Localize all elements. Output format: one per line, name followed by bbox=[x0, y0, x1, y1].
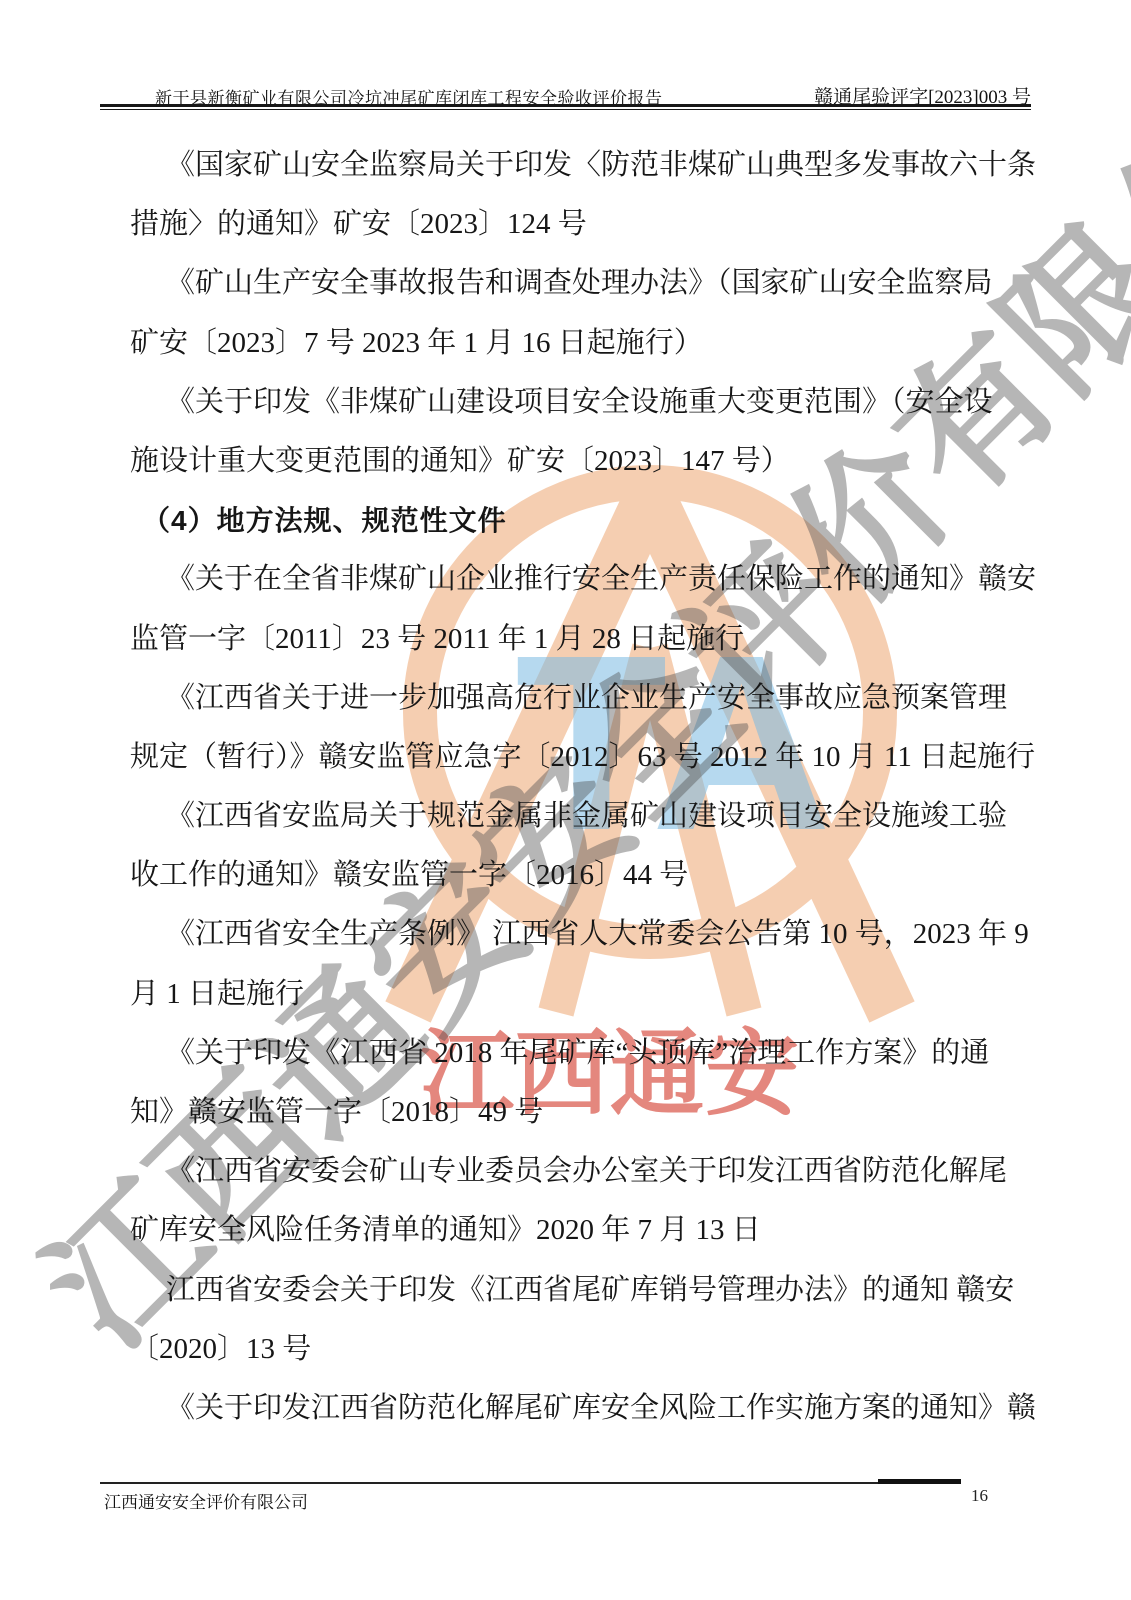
header-rule-thin bbox=[100, 109, 1031, 110]
body-line: 月 1 日起施行 bbox=[130, 965, 1055, 1024]
document-page: TA 江西通安 江西通安安全评价有限公司 新干县新衡矿业有限公司冷坑冲尾矿库闭库… bbox=[0, 0, 1131, 1600]
body-line: 《国家矿山安全监察局关于印发〈防范非煤矿山典型多发事故六十条 bbox=[130, 136, 1055, 195]
body-line: 《矿山生产安全事故报告和调查处理办法》（国家矿山安全监察局 bbox=[130, 254, 1055, 313]
body-line: 施设计重大变更范围的通知》矿安〔2023〕147 号） bbox=[130, 432, 1055, 491]
body-line: 《关于印发江西省防范化解尾矿库安全风险工作实施方案的通知》赣 bbox=[130, 1379, 1055, 1438]
footer-rule bbox=[100, 1482, 960, 1484]
section-heading: （4）地方法规、规范性文件 bbox=[130, 491, 1055, 550]
body-line: 措施〉的通知》矿安〔2023〕124 号 bbox=[130, 195, 1055, 254]
body-line: 矿库安全风险任务清单的通知》2020 年 7 月 13 日 bbox=[130, 1201, 1055, 1260]
body-line: 《关于印发《江西省 2018 年尾矿库“头顶库”治理工作方案》的通 bbox=[130, 1024, 1055, 1083]
body-line: 知》赣安监管一字〔2018〕49 号 bbox=[130, 1083, 1055, 1142]
header-rule-thick bbox=[100, 104, 1031, 107]
body-line: 《关于印发《非煤矿山建设项目安全设施重大变更范围》（安全设 bbox=[130, 373, 1055, 432]
body-line: 规定（暂行）》赣安监管应急字〔2012〕63 号 2012 年 10 月 11 … bbox=[130, 728, 1055, 787]
body-line: 〔2020〕13 号 bbox=[130, 1320, 1055, 1379]
body-line: 收工作的通知》赣安监管一字〔2016〕44 号 bbox=[130, 846, 1055, 905]
footer-rule-thick-segment bbox=[878, 1479, 961, 1484]
page-number: 16 bbox=[971, 1486, 988, 1506]
body-line: 《江西省安全生产条例》 江西省人大常委会公告第 10 号，2023 年 9 bbox=[130, 905, 1055, 964]
body-line: 《江西省安委会矿山专业委员会办公室关于印发江西省防范化解尾 bbox=[130, 1142, 1055, 1201]
body-line: 矿安〔2023〕7 号 2023 年 1 月 16 日起施行） bbox=[130, 314, 1055, 373]
body-line: 《江西省关于进一步加强高危行业企业生产安全事故应急预案管理 bbox=[130, 669, 1055, 728]
body-text: 《国家矿山安全监察局关于印发〈防范非煤矿山典型多发事故六十条 措施〉的通知》矿安… bbox=[130, 136, 1055, 1438]
footer-company-name: 江西通安安全评价有限公司 bbox=[104, 1488, 308, 1513]
body-line: 江西省安委会关于印发《江西省尾矿库销号管理办法》的通知 赣安 bbox=[130, 1261, 1055, 1320]
body-line: 《关于在全省非煤矿山企业推行安全生产责任保险工作的通知》赣安 bbox=[130, 550, 1055, 609]
body-line: 《江西省安监局关于规范金属非金属矿山建设项目安全设施竣工验 bbox=[130, 787, 1055, 846]
body-line: 监管一字〔2011〕23 号 2011 年 1 月 28 日起施行 bbox=[130, 610, 1055, 669]
